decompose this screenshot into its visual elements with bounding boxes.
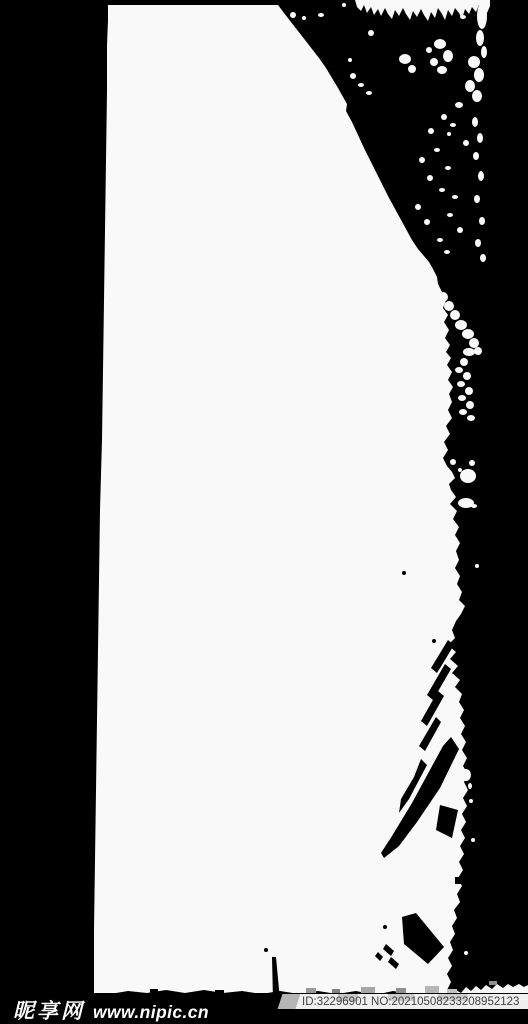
site-url-text: www.nipic.cn [93,1002,209,1023]
band-wedge [278,994,301,1009]
mask-image-canvas: 昵享网 www.nipic.cn ID:32296901 NO:20210508… [0,0,528,1024]
image-id-band: ID:32296901 NO:20210508233208952123 [286,994,528,1009]
image-id-text: ID:32296901 NO:20210508233208952123 [302,995,519,1009]
site-watermark: 昵享网 www.nipic.cn [13,995,209,1024]
mask-artwork [0,0,528,1024]
site-name-text: 昵享网 [13,995,85,1024]
watermark-bar: 昵享网 www.nipic.cn ID:32296901 NO:20210508… [0,993,528,1024]
